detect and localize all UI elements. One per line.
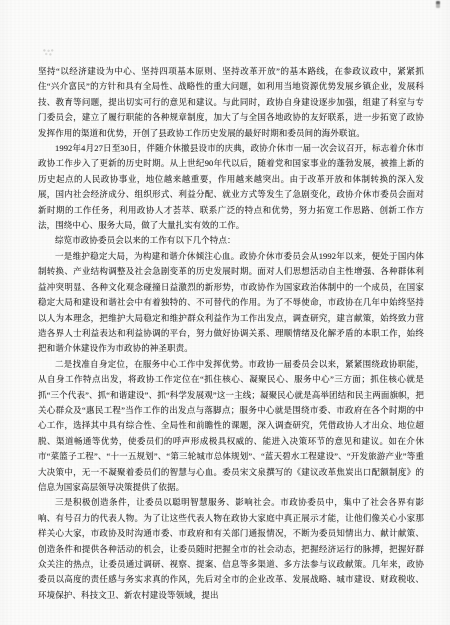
paragraph-point-one: 一是维护稳定大局，为构建和谐介休倾注心血。政协介休市委员会从1992年以来，便处… <box>38 249 424 357</box>
paragraph-continuation: 坚持“以经济建设为中心、坚持四项基本原则、坚持改革开放”的基本路线，在参政议政中… <box>38 64 424 141</box>
paragraph-point-two: 二是找准自身定位，在服务中心工作中发挥优势。市政协一届委员会以来，紧紧围绕政协职… <box>38 357 424 496</box>
scanned-page: 坚持“以经济建设为中心、坚持四项基本原则、坚持改革开放”的基本路线，在参政议政中… <box>0 0 450 625</box>
scan-smudge-artifact <box>42 48 54 56</box>
paragraph-point-three: 三是积极创造条件，让委员以聪明智慧服务、影响社会。市政协委员中，集中了社会各界有… <box>38 495 424 603</box>
scan-corner-speck <box>436 1 440 8</box>
paragraph-overview-lead: 综览市政协委员会以来的工作有以下几个特点： <box>38 233 424 248</box>
page-text-block: 坚持“以经济建设为中心、坚持四项基本原则、坚持改革开放”的基本路线，在参政议政中… <box>38 64 424 603</box>
paragraph-1992-session: 1992年4月27日至30日，伴随介休撤县设市的庆典，政协介休市一届一次会议召开… <box>38 141 424 233</box>
